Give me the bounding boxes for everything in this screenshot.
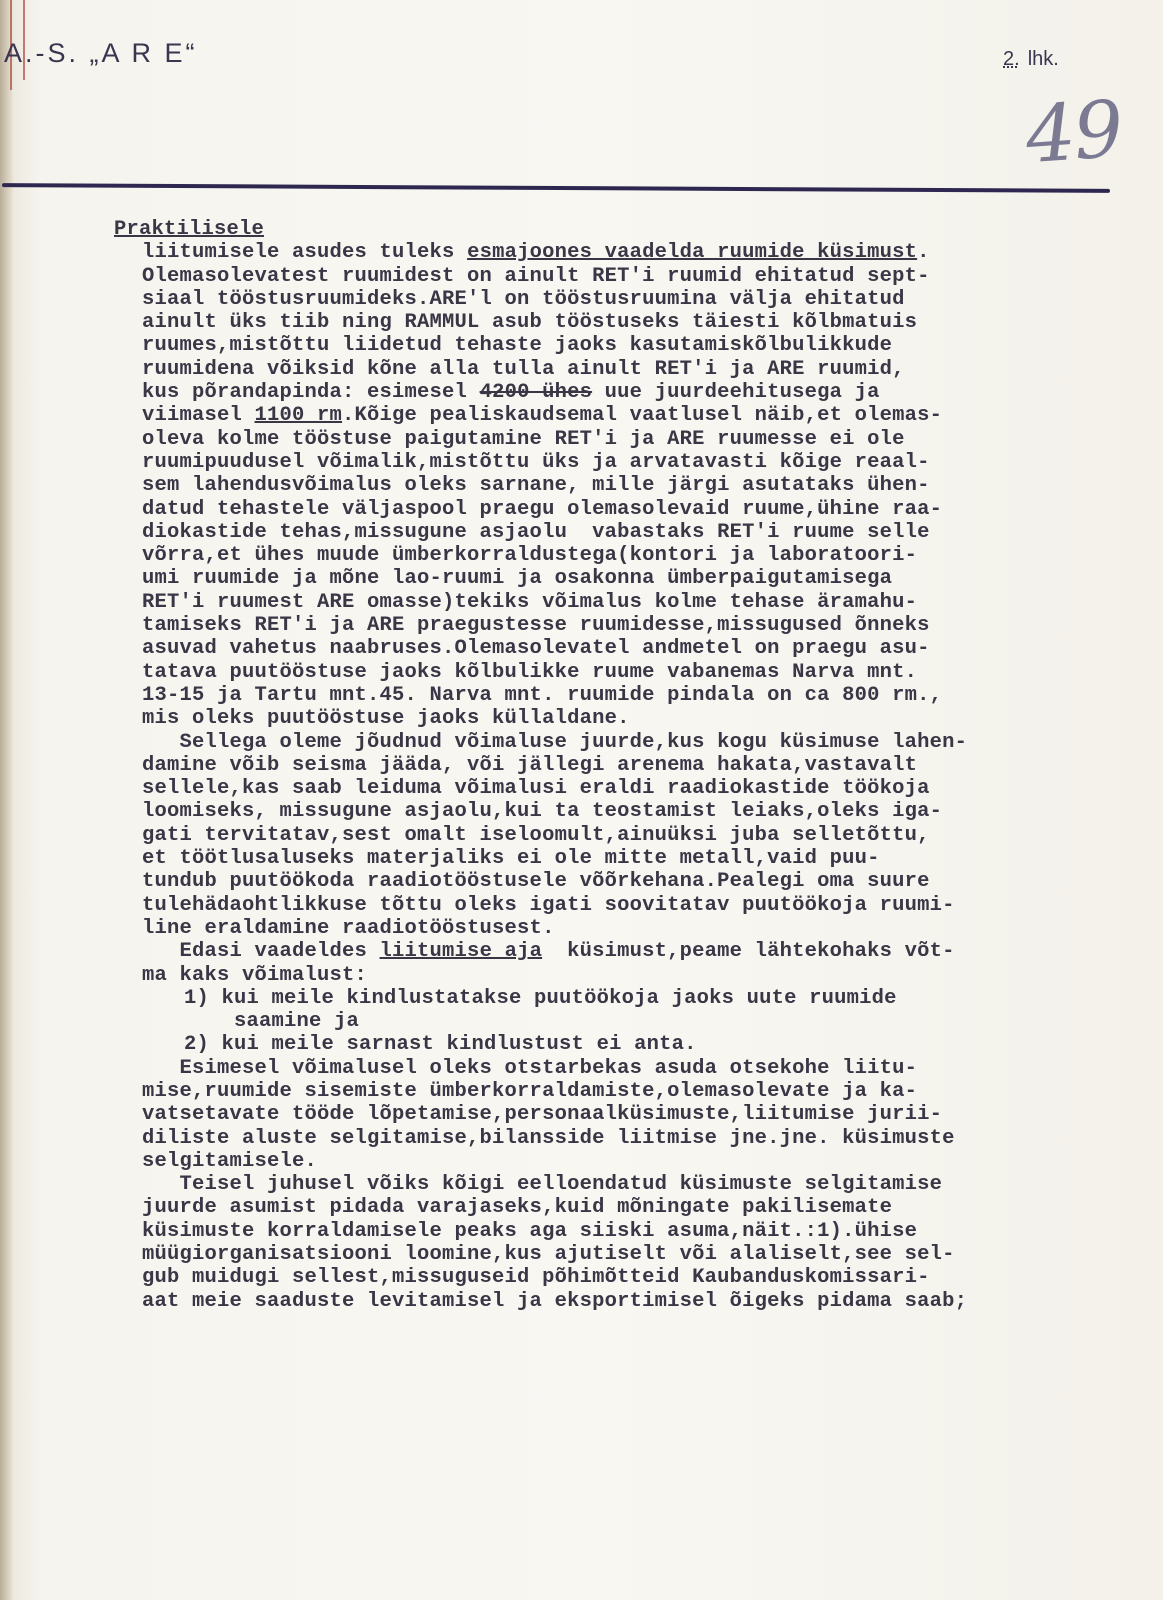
- text-line: 2) kui meile sarnast kindlustust ei anta…: [114, 1033, 1154, 1056]
- text-line: siaal tööstusruumideks.ARE'l on tööstusr…: [114, 288, 1154, 311]
- text-line: et töötlusaluseks materjaliks ei ole mit…: [114, 847, 1154, 870]
- text-line: aat meie saaduste levitamisel ja eksport…: [114, 1290, 1154, 1313]
- text-line: Teisel juhusel võiks kõigi eelloendatud …: [114, 1173, 1154, 1196]
- text-line: Esimesel võimalusel oleks otstarbekas as…: [114, 1057, 1154, 1080]
- text-line: damine võib seisma jääda, või jällegi ar…: [114, 754, 1154, 777]
- text-line: gati tervitatav,sest omalt iseloomult,ai…: [114, 824, 1154, 847]
- text-line: kus põrandapinda: esimesel 4200 ühes uue…: [114, 381, 1154, 404]
- text-line: loomiseks, missugune asjaolu,kui ta teos…: [114, 800, 1154, 823]
- text-line: juurde asumist pidada varajaseks,kuid mõ…: [114, 1196, 1154, 1219]
- text-line: 1) kui meile kindlustatakse puutöökoja j…: [114, 987, 1154, 1010]
- body-lines: liitumisele asudes tuleks esmajoones vaa…: [114, 241, 1154, 1313]
- text-line: line eraldamine raadiotööstusest.: [114, 917, 1154, 940]
- page-number: 2.lhk.: [1003, 48, 1059, 71]
- text-line: umi ruumide ja mõne lao-ruumi ja osakonn…: [114, 567, 1154, 590]
- struck-phrase: 4200 ühes: [480, 381, 593, 404]
- text-line: diokastide tehas,missugune asjaolu vabas…: [114, 521, 1154, 544]
- text-line: gub muidugi sellest,missuguseid põhimõtt…: [114, 1266, 1154, 1289]
- text-line: mis oleks puutööstuse jaoks küllaldane.: [114, 707, 1154, 730]
- text-line: tatava puutööstuse jaoks kõlbulikke ruum…: [114, 661, 1154, 684]
- typewritten-body: Praktilisele liitumisele asudes tuleks e…: [114, 218, 1154, 1313]
- text-line: ainult üks tiib ning RAMMUL asub tööstus…: [114, 311, 1154, 334]
- text-line: Edasi vaadeldes liitumise aja küsimust,p…: [114, 940, 1154, 963]
- text-line: RET'i ruumest ARE omasse)tekiks võimalus…: [114, 591, 1154, 614]
- text-line: ruumidena võiksid kõne alla tulla ainult…: [114, 358, 1154, 381]
- handwritten-folio-number: 49: [1023, 85, 1124, 181]
- text-line: 13-15 ja Tartu mnt.45. Narva mnt. ruumid…: [114, 684, 1154, 707]
- text-line: datud tehastele väljaspool praegu olemas…: [114, 498, 1154, 521]
- text-line: Sellega oleme jõudnud võimaluse juurde,k…: [114, 731, 1154, 754]
- text-line: ruumes,mistõttu liidetud tehaste jaoks k…: [114, 334, 1154, 357]
- text-line: sellele,kas saab leiduma võimalusi erald…: [114, 777, 1154, 800]
- text-line: tundub puutöökoda raadiotööstusele võõrk…: [114, 870, 1154, 893]
- text-line: tamiseks RET'i ja ARE praegustesse ruumi…: [114, 614, 1154, 637]
- text-line: oleva kolme tööstuse paigutamine RET'i j…: [114, 428, 1154, 451]
- header-rule: [2, 183, 1110, 193]
- text-line: võrra,et ühes muude ümberkorraldustega(k…: [114, 544, 1154, 567]
- text-line: tulehädaohtlikkuse tõttu oleks igati soo…: [114, 894, 1154, 917]
- letterhead: A.-S. „A R E“: [4, 38, 198, 69]
- underlined-phrase: esmajoones vaadelda ruumide küsimust: [467, 241, 917, 264]
- binding-edge: [0, 0, 14, 1600]
- underlined-phrase: liitumise aja: [380, 940, 543, 963]
- text-line: diliste aluste selgitamise,bilansside li…: [114, 1127, 1154, 1150]
- text-line: müügiorganisatsiooni loomine,kus ajutise…: [114, 1243, 1154, 1266]
- underlined-phrase: 1100 rm: [255, 404, 343, 427]
- text-line: selgitamisele.: [114, 1150, 1154, 1173]
- text-line: küsimuste korraldamisele peaks aga siisk…: [114, 1220, 1154, 1243]
- text-line: ruumipuudusel võimalik,mistõttu üks ja a…: [114, 451, 1154, 474]
- text-line: viimasel 1100 rm.Kõige pealiskaudsemal v…: [114, 404, 1154, 427]
- page-number-label: lhk.: [1028, 48, 1059, 70]
- text-line: ma kaks võimalust:: [114, 964, 1154, 987]
- text-line: liitumisele asudes tuleks esmajoones vaa…: [114, 241, 1154, 264]
- document-page: A.-S. „A R E“ 2.lhk. 49 Praktilisele lii…: [0, 0, 1163, 1600]
- text-line: mise,ruumide sisemiste ümberkorraldamist…: [114, 1080, 1154, 1103]
- page-number-value: 2.: [1003, 48, 1020, 70]
- text-line: sem lahendusvõimalus oleks sarnane, mill…: [114, 474, 1154, 497]
- section-heading: Praktilisele: [114, 218, 1154, 241]
- text-line: Olemasolevatest ruumidest on ainult RET'…: [114, 265, 1154, 288]
- text-line: vatsetavate tööde lõpetamise,personaalkü…: [114, 1103, 1154, 1126]
- text-line: asuvad vahetus naabruses.Olemasolevatel …: [114, 637, 1154, 660]
- text-line: saamine ja: [114, 1010, 1154, 1033]
